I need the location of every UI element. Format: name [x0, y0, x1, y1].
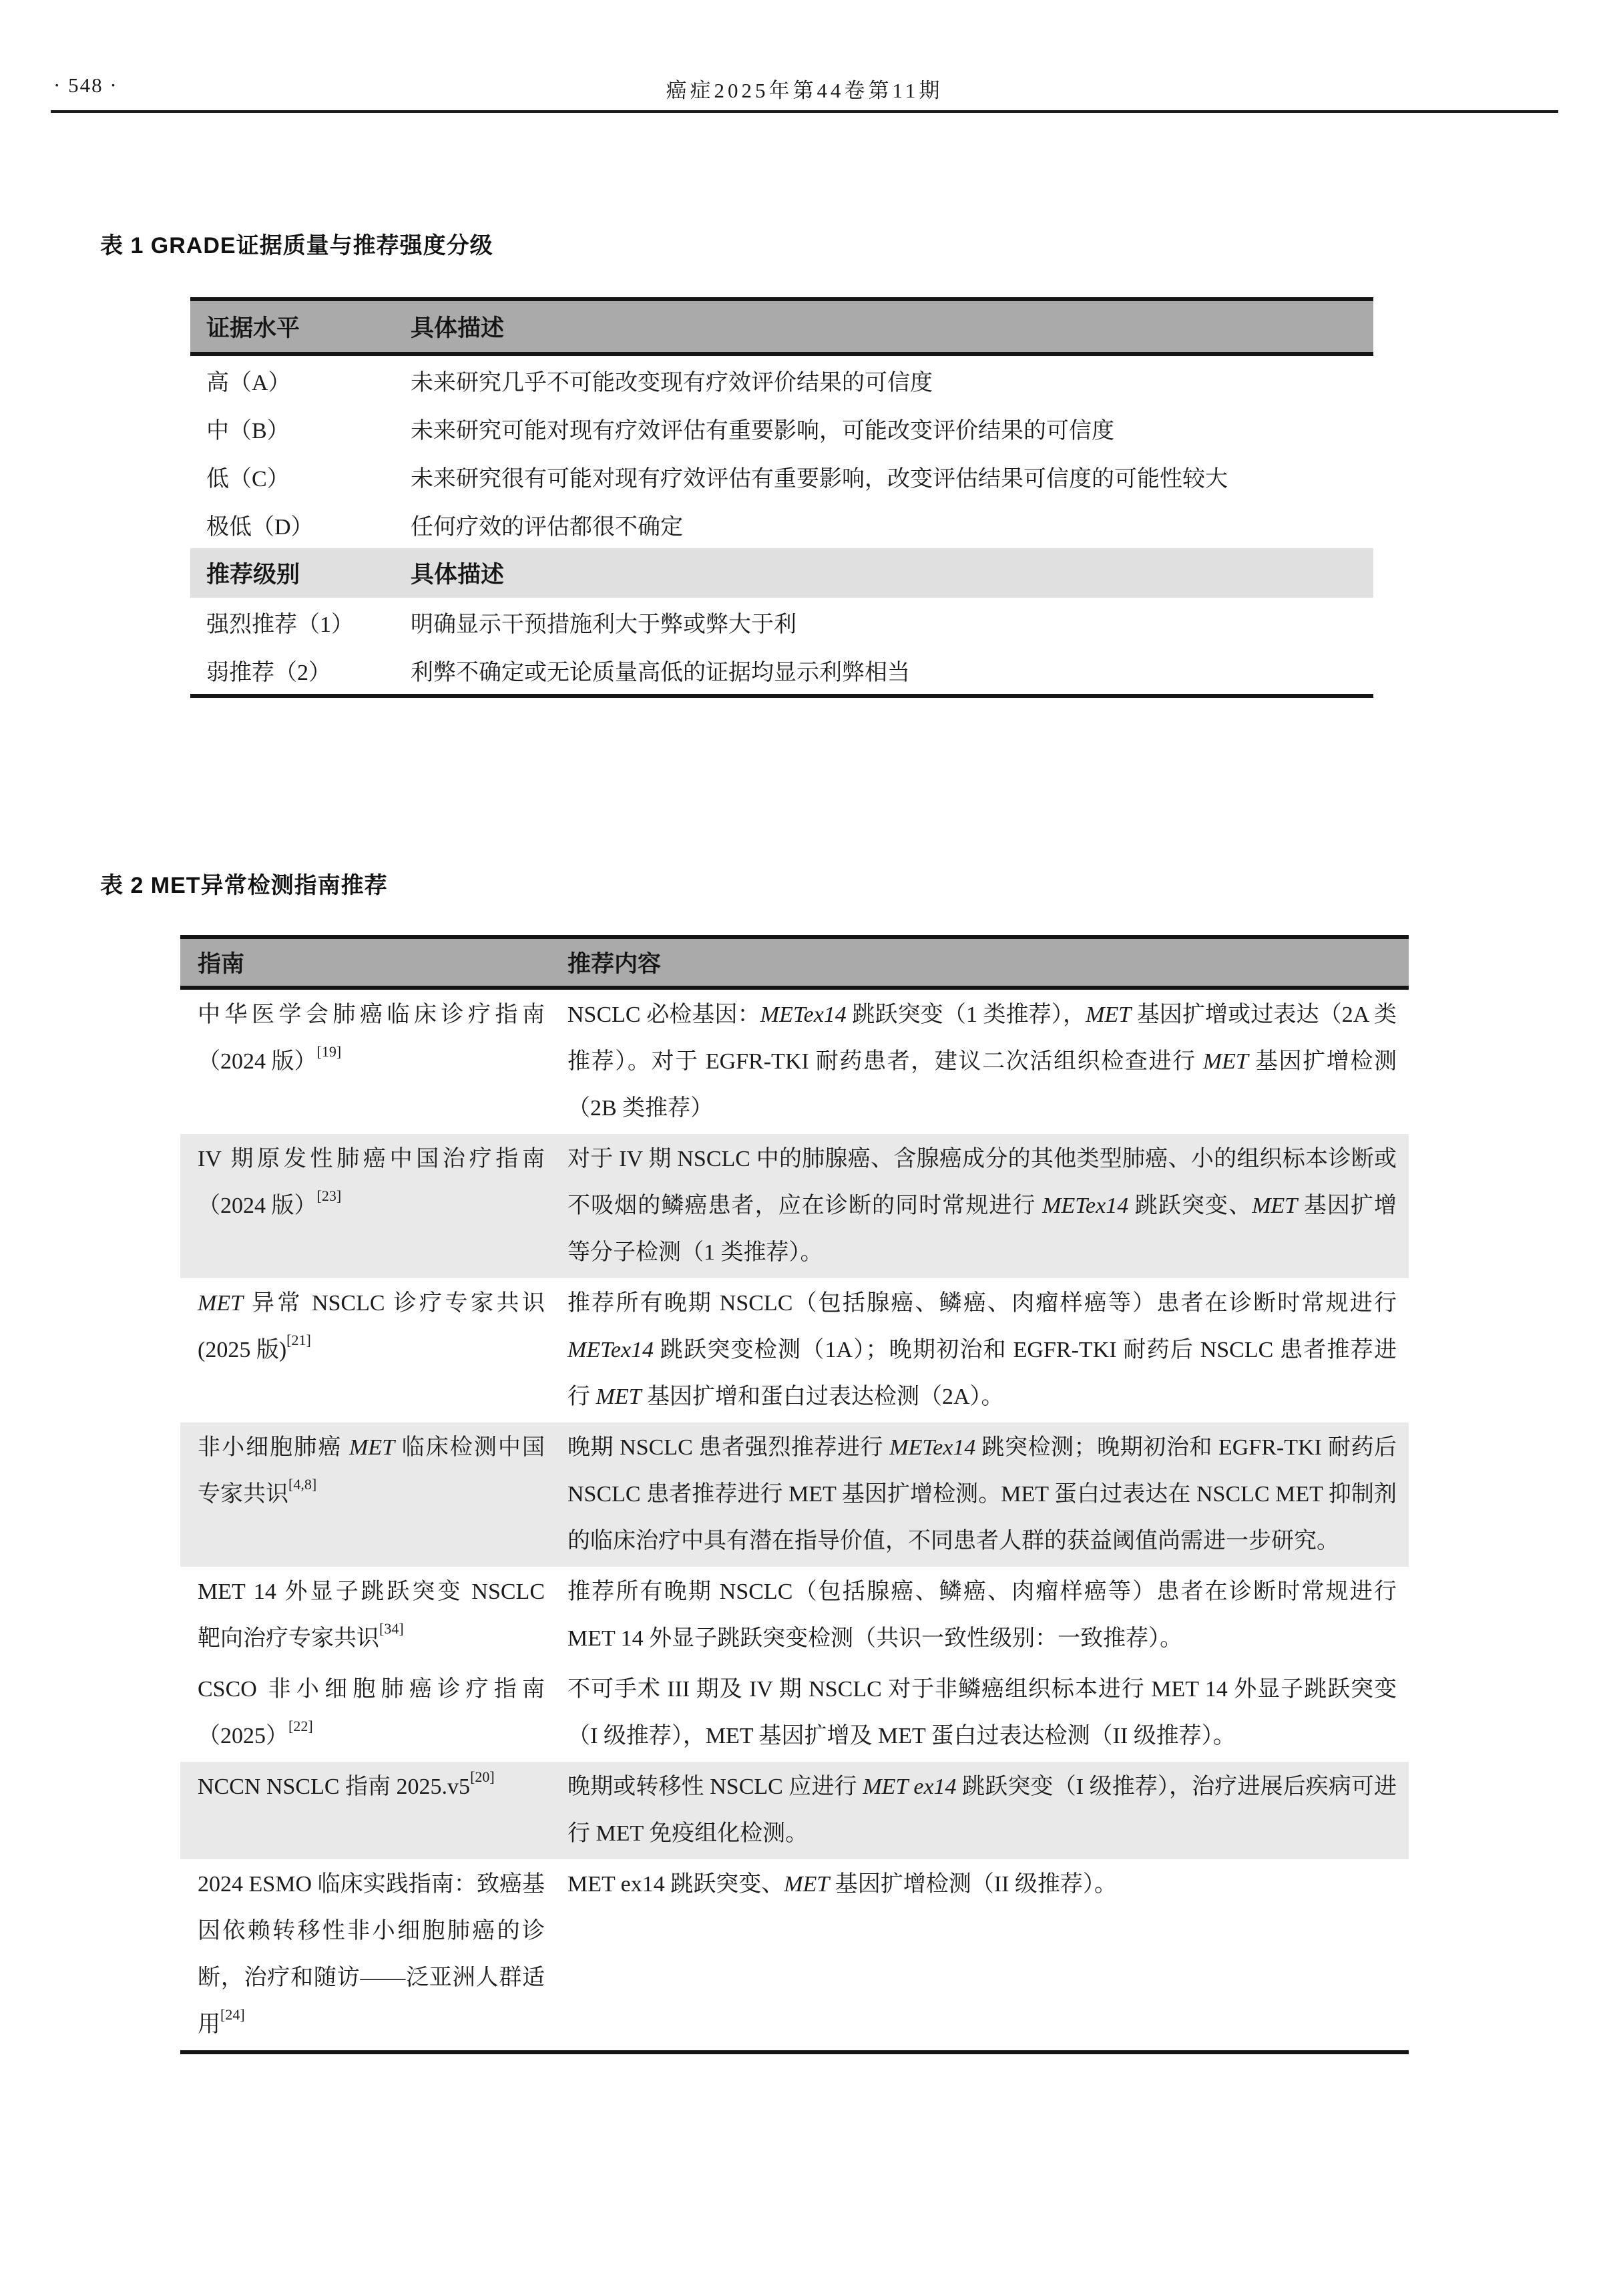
table-row: CSCO 非小细胞肺癌诊疗指南（2025）[22]不可手术 III 期及 IV … — [180, 1664, 1409, 1762]
table-row: 非小细胞肺癌 MET 临床检测中国专家共识[4,8]晚期 NSCLC 患者强烈推… — [180, 1422, 1409, 1567]
table2: 指南 推荐内容 中华医学会肺癌临床诊疗指南（2024 版）[19]NSCLC 必… — [180, 935, 1409, 2054]
level-cell: 中（B） — [190, 412, 411, 445]
table2-body: 中华医学会肺癌临床诊疗指南（2024 版）[19]NSCLC 必检基因：METe… — [180, 990, 1409, 2050]
level-cell: 高（A） — [190, 364, 411, 397]
column-header-guide: 指南 — [180, 946, 567, 979]
table1: 证据水平具体描述高（A）未来研究几乎不可能改变现有疗效评价结果的可信度中（B）未… — [190, 297, 1373, 698]
reference-superscript: [22] — [288, 1718, 313, 1734]
text-run: 推荐所有晚期 NSCLC（包括腺癌、鳞癌、肉瘤样癌等）患者在诊断时常规进行 ME… — [567, 1579, 1397, 1651]
recommendation-cell: MET ex14 跳跃突变、MET 基因扩增检测（II 级推荐）。 — [567, 1861, 1409, 2048]
level-cell: 强烈推荐（1） — [190, 606, 411, 638]
reference-superscript: [34] — [379, 1620, 404, 1637]
guide-cell: 中华医学会肺癌临床诊疗指南（2024 版）[19] — [180, 992, 567, 1132]
text-run: NSCLC 必检基因： — [567, 1002, 760, 1027]
text-run: METex14 — [889, 1435, 975, 1460]
table-row: 中（B）未来研究可能对现有疗效评估有重要影响，可能改变评价结果的可信度 — [190, 404, 1373, 452]
running-head: · 548 · 癌症2025年第44卷第11期 — [51, 73, 1558, 104]
column-header-recommendation: 推荐内容 — [567, 946, 1409, 979]
journal-title: 癌症2025年第44卷第11期 — [51, 73, 1558, 104]
text-run: IV 期原发性肺癌中国治疗指南（2024 版） — [198, 1147, 545, 1218]
text-run: MET ex14 — [863, 1774, 956, 1799]
guide-cell: CSCO 非小细胞肺癌诊疗指南（2025）[22] — [180, 1666, 567, 1760]
recommendation-cell: 不可手术 III 期及 IV 期 NSCLC 对于非鳞癌组织标本进行 MET 1… — [567, 1666, 1409, 1760]
column-header-description: 具体描述 — [411, 556, 1373, 590]
table-row: 弱推荐（2）利弊不确定或无论质量高低的证据均显示利弊相当 — [190, 646, 1373, 694]
table2-caption: 表 2 MET异常检测指南推荐 — [100, 867, 388, 900]
guide-cell: 非小细胞肺癌 MET 临床检测中国专家共识[4,8] — [180, 1424, 567, 1565]
reference-superscript: [21] — [286, 1332, 311, 1348]
description-cell: 明确显示干预措施利大于弊或弊大于利 — [411, 606, 1373, 638]
column-header-description: 具体描述 — [411, 310, 1373, 343]
text-run: NCCN NSCLC 指南 2025.v5 — [198, 1774, 470, 1799]
reference-superscript: [4,8] — [288, 1476, 316, 1493]
text-run: MET ex14 跳跃突变、 — [567, 1872, 784, 1897]
reference-superscript: [23] — [317, 1187, 342, 1204]
text-run: 基因扩增和蛋白过表达检测（2A）。 — [642, 1384, 1004, 1409]
text-run: MET — [1086, 1002, 1131, 1027]
description-cell: 利弊不确定或无论质量高低的证据均显示利弊相当 — [411, 654, 1373, 687]
table-row: 高（A）未来研究几乎不可能改变现有疗效评价结果的可信度 — [190, 356, 1373, 404]
recommendation-cell: 推荐所有晚期 NSCLC（包括腺癌、鳞癌、肉瘤样癌等）患者在诊断时常规进行 ME… — [567, 1280, 1409, 1420]
column-header-level: 推荐级别 — [190, 556, 411, 590]
table-row: IV 期原发性肺癌中国治疗指南（2024 版）[23]对于 IV 期 NSCLC… — [180, 1134, 1409, 1278]
header-divider — [51, 110, 1558, 113]
text-run: 跳跃突变、 — [1128, 1193, 1252, 1218]
text-run: MET — [349, 1435, 395, 1460]
text-run: 晚期 NSCLC 患者强烈推荐进行 — [567, 1435, 889, 1460]
table-row: 2024 ESMO 临床实践指南：致癌基因依赖转移性非小细胞肺癌的诊断，治疗和随… — [180, 1859, 1409, 2050]
section-header-row: 证据水平具体描述 — [190, 301, 1373, 356]
description-cell: 任何疗效的评估都很不确定 — [411, 508, 1373, 541]
text-run: MET — [596, 1384, 642, 1409]
reference-superscript: [19] — [317, 1043, 342, 1060]
text-run: MET — [198, 1291, 243, 1316]
reference-superscript: [24] — [220, 2006, 245, 2023]
table-row: 低（C）未来研究很有可能对现有疗效评估有重要影响，改变评估结果可信度的可能性较大 — [190, 452, 1373, 500]
text-run: 晚期或转移性 NSCLC 应进行 — [567, 1774, 863, 1799]
recommendation-cell: 晚期 NSCLC 患者强烈推荐进行 METex14 跳突检测；晚期初治和 EGF… — [567, 1424, 1409, 1565]
text-run: MET — [1203, 1049, 1248, 1074]
text-run: 不可手术 III 期及 IV 期 NSCLC 对于非鳞癌组织标本进行 MET 1… — [567, 1677, 1397, 1748]
text-run: 2024 ESMO 临床实践指南：致癌基因依赖转移性非小细胞肺癌的诊断，治疗和随… — [198, 1872, 545, 2037]
text-run: 跳跃突变（1 类推荐）， — [847, 1002, 1086, 1027]
text-run: METex14 — [1042, 1193, 1128, 1218]
table2-header-row: 指南 推荐内容 — [180, 939, 1409, 990]
text-run: 中华医学会肺癌临床诊疗指南（2024 版） — [198, 1002, 545, 1074]
level-cell: 弱推荐（2） — [190, 654, 411, 687]
guide-cell: MET 14 外显子跳跃突变 NSCLC 靶向治疗专家共识[34] — [180, 1569, 567, 1662]
recommendation-cell: NSCLC 必检基因：METex14 跳跃突变（1 类推荐），MET 基因扩增或… — [567, 992, 1409, 1132]
recommendation-cell: 对于 IV 期 NSCLC 中的肺腺癌、含腺癌成分的其他类型肺癌、小的组织标本诊… — [567, 1136, 1409, 1276]
text-run: METex14 — [567, 1338, 654, 1362]
recommendation-cell: 晚期或转移性 NSCLC 应进行 MET ex14 跳跃突变（I 级推荐），治疗… — [567, 1764, 1409, 1857]
description-cell: 未来研究很有可能对现有疗效评估有重要影响，改变评估结果可信度的可能性较大 — [411, 460, 1373, 493]
table-row: MET 14 外显子跳跃突变 NSCLC 靶向治疗专家共识[34]推荐所有晚期 … — [180, 1567, 1409, 1664]
text-run: 异常 NSCLC 诊疗专家共识(2025 版) — [198, 1291, 545, 1362]
recommendation-cell: 推荐所有晚期 NSCLC（包括腺癌、鳞癌、肉瘤样癌等）患者在诊断时常规进行 ME… — [567, 1569, 1409, 1662]
table-row: MET 异常 NSCLC 诊疗专家共识(2025 版)[21]推荐所有晚期 NS… — [180, 1278, 1409, 1422]
text-run: CSCO 非小细胞肺癌诊疗指南（2025） — [198, 1677, 545, 1748]
text-run: 基因扩增检测（II 级推荐）。 — [829, 1872, 1117, 1897]
text-run: 非小细胞肺癌 — [198, 1435, 349, 1460]
description-cell: 未来研究几乎不可能改变现有疗效评价结果的可信度 — [411, 364, 1373, 397]
level-cell: 极低（D） — [190, 508, 411, 541]
journal-page: · 548 · 癌症2025年第44卷第11期 表 1 GRADE证据质量与推荐… — [0, 0, 1609, 2296]
table-row: NCCN NSCLC 指南 2025.v5[20]晚期或转移性 NSCLC 应进… — [180, 1762, 1409, 1859]
text-run: MET — [1252, 1193, 1297, 1218]
guide-cell: IV 期原发性肺癌中国治疗指南（2024 版）[23] — [180, 1136, 567, 1276]
reference-superscript: [20] — [470, 1768, 495, 1785]
text-run: 推荐所有晚期 NSCLC（包括腺癌、鳞癌、肉瘤样癌等）患者在诊断时常规进行 — [567, 1291, 1397, 1316]
level-cell: 低（C） — [190, 460, 411, 493]
guide-cell: 2024 ESMO 临床实践指南：致癌基因依赖转移性非小细胞肺癌的诊断，治疗和随… — [180, 1861, 567, 2048]
guide-cell: NCCN NSCLC 指南 2025.v5[20] — [180, 1764, 567, 1857]
text-run: MET 14 外显子跳跃突变 NSCLC 靶向治疗专家共识 — [198, 1579, 545, 1651]
text-run: METex14 — [760, 1002, 847, 1027]
description-cell: 未来研究可能对现有疗效评估有重要影响，可能改变评价结果的可信度 — [411, 412, 1373, 445]
table-row: 中华医学会肺癌临床诊疗指南（2024 版）[19]NSCLC 必检基因：METe… — [180, 990, 1409, 1134]
section-header-row: 推荐级别具体描述 — [190, 548, 1373, 598]
column-header-level: 证据水平 — [190, 310, 411, 343]
text-run: MET — [784, 1872, 829, 1897]
table-row: 强烈推荐（1）明确显示干预措施利大于弊或弊大于利 — [190, 598, 1373, 646]
guide-cell: MET 异常 NSCLC 诊疗专家共识(2025 版)[21] — [180, 1280, 567, 1420]
table1-caption: 表 1 GRADE证据质量与推荐强度分级 — [100, 227, 493, 260]
table-row: 极低（D）任何疗效的评估都很不确定 — [190, 500, 1373, 548]
